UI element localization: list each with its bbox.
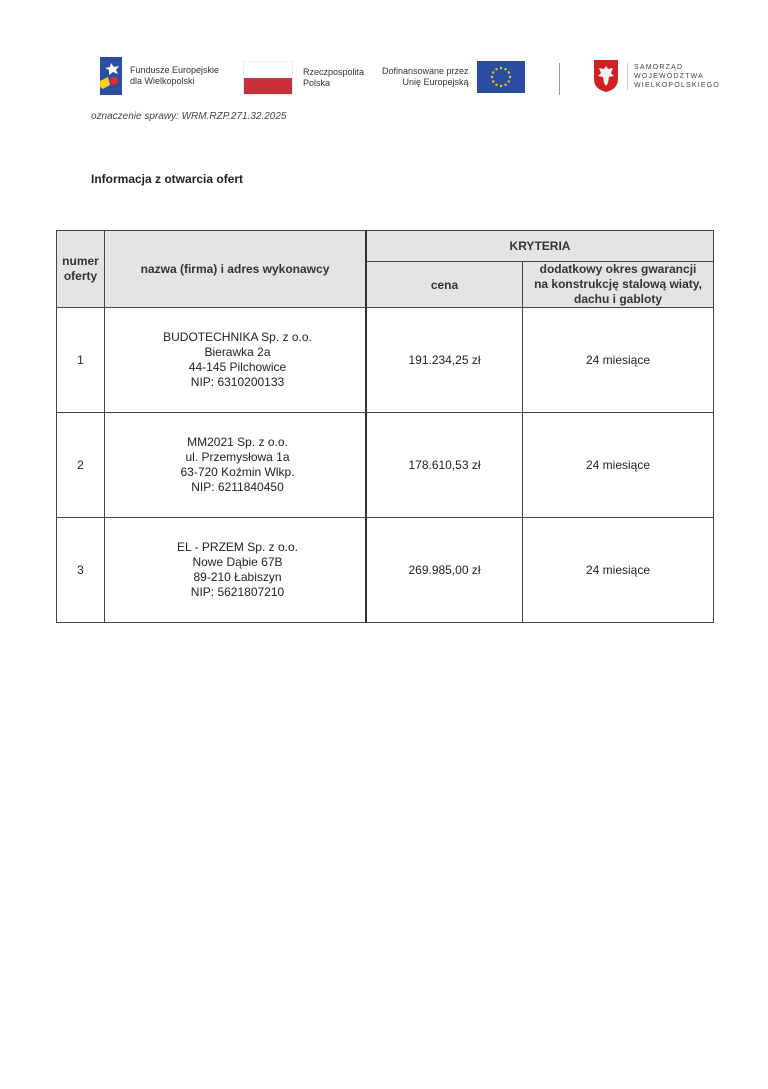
offer-warranty: 24 miesiące	[523, 518, 714, 623]
wielkopolska-eagle-shield-icon	[593, 59, 619, 93]
rp-line2: Polska	[303, 78, 364, 89]
sw-line1: SAMORZĄD	[634, 63, 720, 72]
contractor-cell: EL - PRZEM Sp. z o.o. Nowe Dąbie 67B 89-…	[105, 518, 367, 623]
header-criteria: KRYTERIA	[366, 231, 714, 262]
fe-line1: Fundusze Europejskie	[130, 65, 219, 76]
eu-line1: Dofinansowane przez	[382, 66, 469, 77]
fe-line2: dla Wielkopolski	[130, 76, 219, 87]
header-logos: Fundusze Europejskie dla Wielkopolski Rz…	[0, 55, 768, 103]
polish-flag-icon	[243, 61, 293, 95]
offer-number: 3	[57, 518, 105, 623]
header-price: cena	[366, 262, 523, 308]
logo-divider	[559, 63, 560, 95]
offer-price: 178.610,53 zł	[366, 413, 523, 518]
rzeczpospolita-logo: Rzeczpospolita Polska	[243, 61, 364, 95]
case-reference: oznaczenie sprawy: WRM.RZP.271.32.2025	[91, 111, 286, 122]
contractor-cell: MM2021 Sp. z o.o. ul. Przemysłowa 1a 63-…	[105, 413, 367, 518]
document-title: Informacja z otwarcia ofert	[91, 172, 243, 186]
sw-line2: WOJEWÓDZTWA	[634, 72, 720, 81]
contractor-cell: BUDOTECHNIKA Sp. z o.o. Bierawka 2a 44-1…	[105, 308, 367, 413]
offer-warranty: 24 miesiące	[523, 413, 714, 518]
header-warranty: dodatkowy okres gwarancji na konstrukcję…	[523, 262, 714, 308]
sw-line3: WIELKOPOLSKIEGO	[634, 81, 720, 90]
fundusze-europejskie-logo: Fundusze Europejskie dla Wielkopolski	[100, 57, 219, 95]
rp-line1: Rzeczpospolita	[303, 67, 364, 78]
offer-number: 2	[57, 413, 105, 518]
table-row: 1 BUDOTECHNIKA Sp. z o.o. Bierawka 2a 44…	[57, 308, 714, 413]
table-row: 2 MM2021 Sp. z o.o. ul. Przemysłowa 1a 6…	[57, 413, 714, 518]
offer-warranty: 24 miesiące	[523, 308, 714, 413]
offer-price: 269.985,00 zł	[366, 518, 523, 623]
table-row: 3 EL - PRZEM Sp. z o.o. Nowe Dąbie 67B 8…	[57, 518, 714, 623]
eu-funding-logo: Dofinansowane przez Unię Europejską	[382, 61, 525, 93]
eu-line2: Unię Europejską	[382, 77, 469, 88]
fe-emblem-icon	[100, 57, 122, 95]
header-offer-number: numer oferty	[57, 231, 105, 308]
samorzad-wojewodztwa-logo: SAMORZĄD WOJEWÓDZTWA WIELKOPOLSKIEGO	[593, 59, 720, 93]
header-contractor: nazwa (firma) i adres wykonawcy	[105, 231, 367, 308]
eu-flag-icon	[477, 61, 525, 93]
offers-table: numer oferty nazwa (firma) i adres wykon…	[56, 230, 714, 623]
offer-price: 191.234,25 zł	[366, 308, 523, 413]
offer-number: 1	[57, 308, 105, 413]
